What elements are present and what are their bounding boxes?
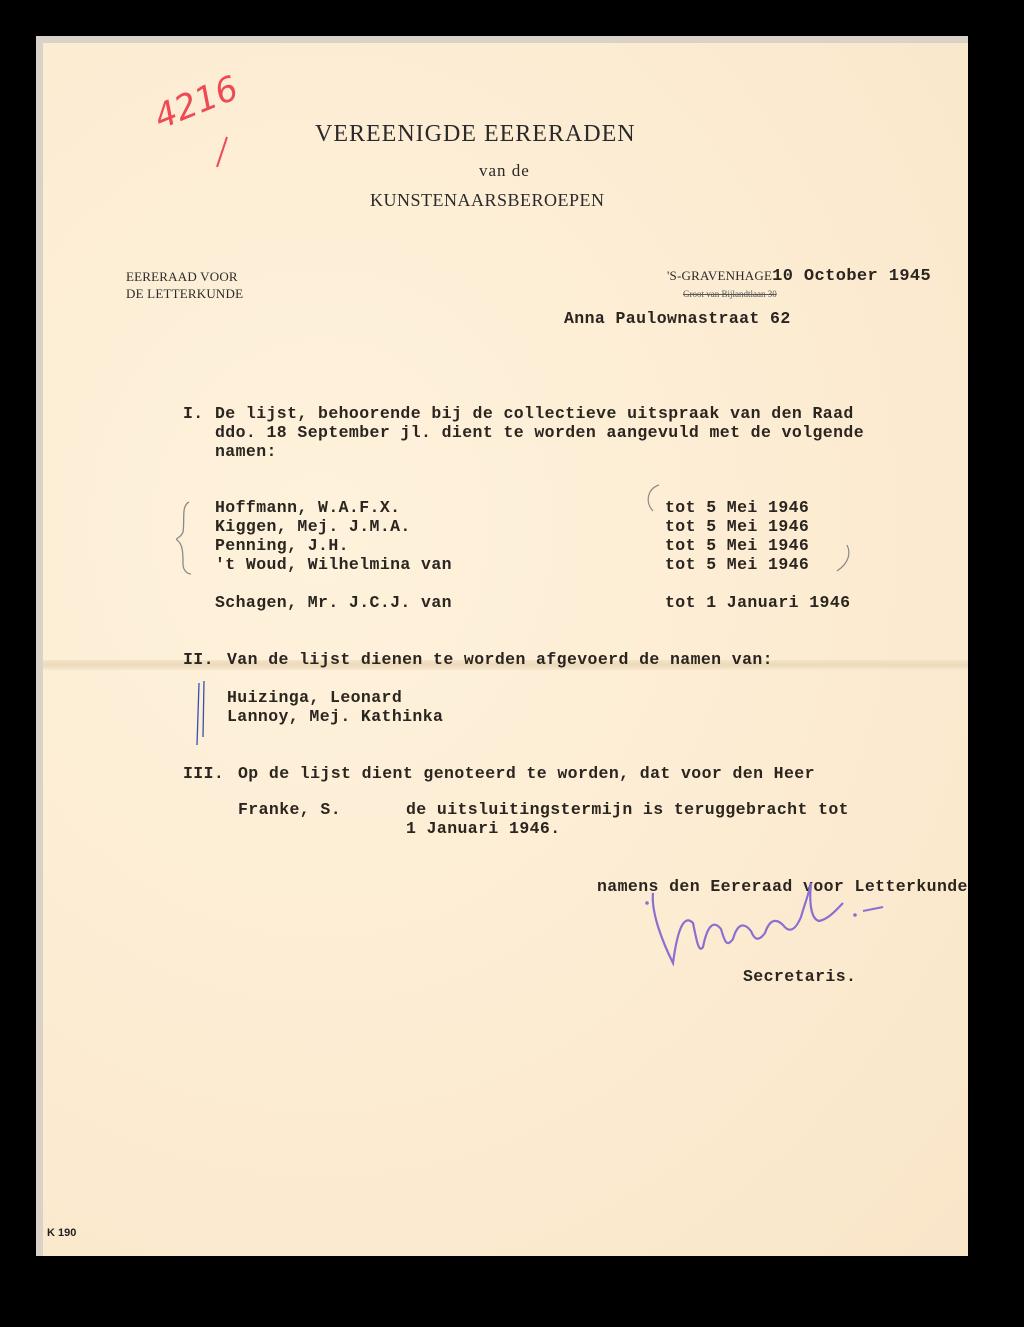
extra-entry-name: Schagen, Mr. J.C.J. van: [215, 593, 452, 612]
extra-entry-term: tot 1 Januari 1946: [665, 593, 850, 612]
old-address-struck: Groot van Bijlandtlaan 30: [683, 289, 777, 299]
pencil-bracket-icon: [637, 483, 877, 583]
department-line-1: EERERAAD VOOR: [126, 269, 238, 285]
letter-page: 4216 VEREENIGDE EERERADEN van de KUNSTEN…: [36, 36, 968, 1256]
section-3-detail-2: 1 Januari 1946.: [406, 819, 561, 838]
section-2-text: Van de lijst dienen te worden afgevoerd …: [227, 650, 773, 669]
section-3-detail-1: de uitsluitingstermijn is teruggebracht …: [406, 800, 849, 819]
section-1-line-1: De lijst, behoorende bij de collectieve …: [215, 404, 854, 423]
section-1-line-3: namen:: [215, 442, 277, 461]
new-address: Anna Paulownastraat 62: [564, 309, 791, 328]
section-1-numeral: I.: [183, 404, 204, 423]
red-pencil-stroke-icon: [213, 133, 233, 173]
section-1-line-2: ddo. 18 September jl. dient te worden aa…: [215, 423, 864, 442]
removed-name: Huizinga, Leonard: [227, 688, 402, 707]
entry-name: Kiggen, Mej. J.M.A.: [215, 517, 411, 536]
form-code: K 190: [47, 1227, 76, 1239]
section-3-text: Op de lijst dient genoteerd te worden, d…: [238, 764, 815, 783]
letterhead-subtitle: van de: [479, 161, 530, 181]
removed-name: Lannoy, Mej. Kathinka: [227, 707, 443, 726]
place-and-date: 'S-GRAVENHAGE10 October 1945: [667, 267, 931, 286]
entry-name: Hoffmann, W.A.F.X.: [215, 498, 400, 517]
section-3-name: Franke, S.: [238, 800, 341, 819]
section-3-numeral: III.: [183, 764, 224, 783]
entry-name: 't Woud, Wilhelmina van: [215, 555, 452, 574]
pencil-brace-icon: [173, 498, 203, 578]
city: 'S-GRAVENHAGE: [667, 268, 772, 283]
signature-icon: [633, 863, 973, 973]
letterhead-title: VEREENIGDE EERERADEN: [315, 121, 636, 148]
section-2-numeral: II.: [183, 650, 214, 669]
blue-pencil-mark-icon: [193, 679, 213, 749]
entry-name: Penning, J.H.: [215, 536, 349, 555]
closing-title: Secretaris.: [743, 967, 856, 986]
letterhead-org: KUNSTENAARSBEROEPEN: [370, 190, 605, 211]
letter-date: 10 October 1945: [772, 267, 931, 286]
red-pencil-annotation: 4216: [149, 68, 244, 138]
department-line-2: DE LETTERKUNDE: [126, 286, 243, 302]
